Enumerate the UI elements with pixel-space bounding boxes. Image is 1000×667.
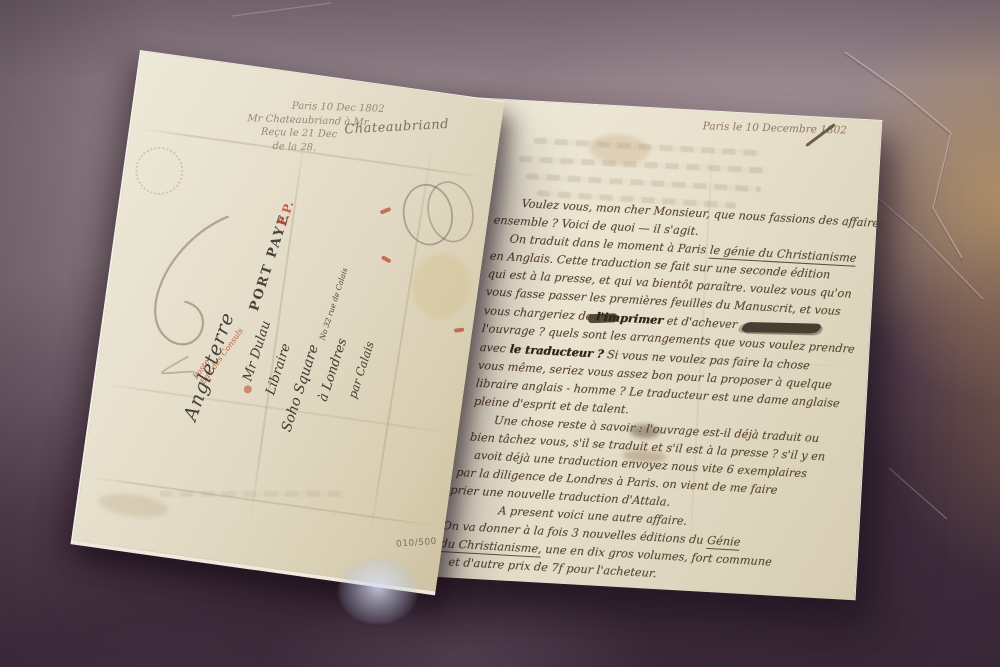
ghost-text-row [159, 491, 344, 497]
underlined-title: Génie [706, 534, 741, 551]
glass-glare-spot [338, 558, 418, 624]
letter-line-part: et d'achever [662, 314, 738, 331]
letter-body: Voulez vous, mon cher Monsieur, que nous… [456, 194, 865, 593]
fold-crease [86, 476, 441, 528]
paraph-loops [393, 171, 487, 258]
overwritten-word: l'imprimer [595, 309, 664, 327]
ghost-text-row [518, 156, 768, 174]
embossed-seal-ghost [132, 144, 186, 198]
letter-dateline: Paris le 10 Decembre 1802 [703, 120, 873, 137]
ghost-text-row [533, 138, 761, 157]
paper-discoloration [408, 249, 475, 322]
address-leaf-envelope: Paris 10 Dec 1802 Mr Chateaubriand à Mr … [71, 50, 505, 595]
pencil-inventory-number: 010/500 [396, 537, 437, 550]
overwritten-word: le traducteur ? [509, 342, 604, 361]
ghost-text-row [525, 173, 761, 192]
red-ink-mark [454, 328, 464, 333]
letter-line-part: avec [479, 341, 510, 356]
museum-display-photo: Paris le 10 Decembre 1802 Voulez vous, m… [0, 0, 1000, 667]
scribbled-out-word [740, 322, 822, 333]
red-ink-mark [380, 207, 392, 215]
